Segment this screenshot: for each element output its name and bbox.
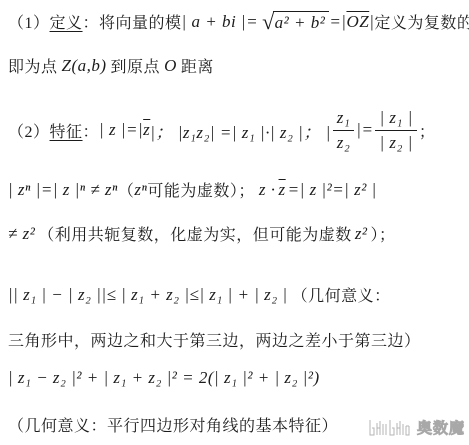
semicolon: ； [419,119,436,142]
document: { "page": { "background": "#ffffff", "te… [0,0,469,445]
modulus-conjugate-lhs: | z |=| [99,120,143,140]
z-conjugate: z [279,180,286,200]
z-conjugate: z [143,120,150,140]
may-be-imaginary-note: 可能为虚数）； [147,178,255,201]
modulus-fraction: | z₁ || z₂ | [375,107,416,154]
triangle-inequality-formula: || z₁ | − | z₂ ||≤ | z₁ + z₂ |≤| z₁ | + … [8,285,288,305]
triangle-note-line: 三角形中，两边之和大于第三边，两边之差小于第三边） [8,328,421,351]
watermark-text: 奥数魔 [417,417,465,438]
point-z: Z(a,b) [62,56,107,76]
equals-bar: =| [329,12,346,32]
not-equal-z-squared: ≠ z² [8,224,35,244]
radicand: a² + b² [273,11,330,33]
watermark: 奥数魔 [368,414,465,438]
modulus-formula: | a + bi |= [182,12,259,32]
definition-line: （1）定义：将向量的模| a + bi |=√a² + b²=|OZ|定义为复数… [8,10,469,33]
parallelogram-identity-formula: | z₁ − z₂ |² + | z₁ + z₂ |² = 2(| z₁ |² … [8,368,320,388]
parallelogram-note-text: （几何意义：平行四边形对角线的基本特征） [8,413,338,436]
distance-text-1: 即为点 [8,54,58,77]
triangle-inequality-line: || z₁ | − | z₂ ||≤ | z₁ + z₂ |≤| z₁ | + … [8,283,391,306]
triangle-note-text: 三角形中，两边之和大于第三边，两边之差小于第三边） [8,328,421,351]
vector-oz: OZ [346,12,369,32]
distance-text-2: 到原点 [111,54,161,77]
fraction-numerator: z₁ [333,107,355,131]
fraction-denominator: z₂ [333,131,355,154]
close-paren-semicolon: ）； [371,222,396,245]
definition-text-1: ：将向量的模 [83,10,182,33]
item-number-1: （1） [8,10,50,33]
conjugate-note-text: （利用共轭复数，化虚为实，但可能为虚数 [38,222,352,245]
z-times: z · [259,180,276,200]
fraction-numerator: | z₁ | [375,107,416,131]
properties-line: （2）特征：| z |=|z|； |z₁z₂| =| z₁ |·| z₂ |； … [8,103,435,157]
product-modulus: |； |z₁z₂| =| z₁ |·| z₂ |； | [150,118,330,143]
parallelogram-identity-line: | z₁ − z₂ |² + | z₁ + z₂ |² = 2(| z₁ |² … [8,368,320,388]
z-squared: z² [355,224,368,244]
watermark-logo [368,414,414,438]
z-power-n: zⁿ [134,180,147,200]
definition-line-2: 即为点Z(a,b)到原点O距离 [8,54,214,77]
item-number-2: （2） [8,119,50,142]
colon: ： [83,119,100,142]
quotient-equals: |= [356,120,373,140]
parallelogram-note-line: （几何意义：平行四边形对角线的基本特征） [8,413,338,436]
power-modulus-formula: | zⁿ |=| z |ⁿ ≠ zⁿ [8,180,118,200]
modulus-squared: =| z |²=| z² | [288,180,377,200]
origin-o: O [164,56,177,76]
fraction-denominator: | z₂ | [375,131,416,154]
power-property-line: | zⁿ |=| z |ⁿ ≠ zⁿ（zⁿ可能为虚数）；z ·z=| z |²=… [8,178,377,201]
definition-text-2: 定义为复数的模， [374,10,469,33]
geometric-meaning-open: （几何意义： [292,283,391,306]
open-paren: （ [118,178,135,201]
quotient-fraction: z₁z₂ [333,107,355,154]
term-definition: 定义 [50,10,83,33]
term-property: 特征 [50,119,83,142]
distance-text-3: 距离 [181,54,214,77]
conjugate-note-line: ≠ z²（利用共轭复数，化虚为实，但可能为虚数z²）； [8,222,396,245]
